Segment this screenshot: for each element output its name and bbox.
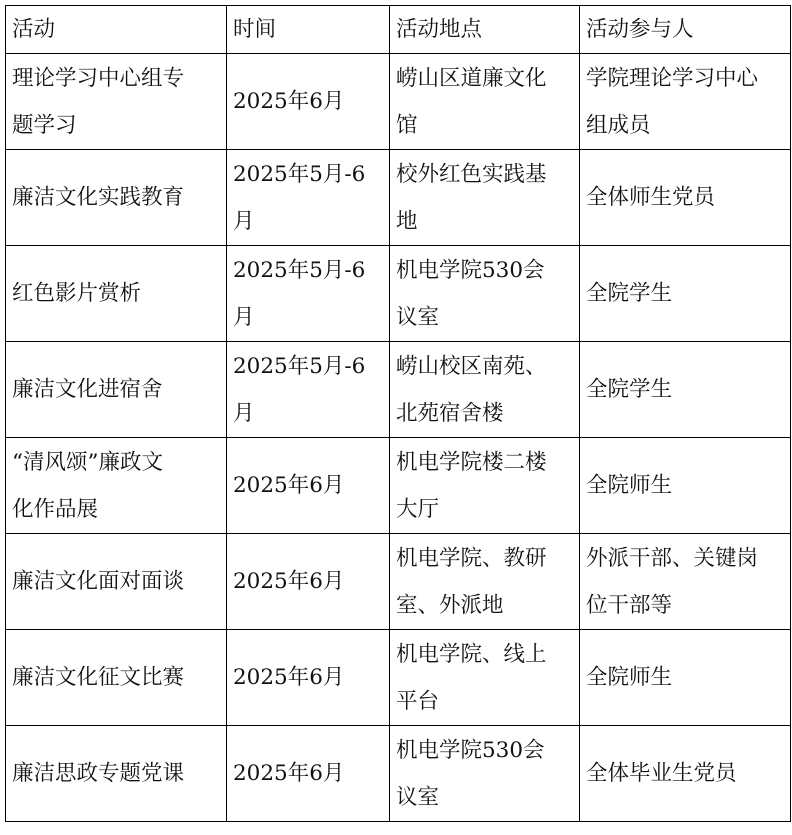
- cell-line: 2025年6月: [233, 558, 389, 605]
- location-cell: 机电学院、教研室、外派地: [390, 534, 580, 630]
- cell-line: 月: [233, 390, 389, 437]
- activity-cell: 廉洁文化面对面谈: [6, 534, 227, 630]
- cell-line: 北苑宿舍楼: [396, 390, 579, 437]
- cell-line: 全院师生: [586, 654, 790, 701]
- activity-cell: 廉洁思政专题党课: [6, 726, 227, 822]
- participants-cell: 全体毕业生党员: [580, 726, 791, 822]
- cell-line: 月: [233, 198, 389, 245]
- cell-line: 校外红色实践基: [396, 151, 579, 198]
- location-cell: 校外红色实践基地: [390, 150, 580, 246]
- cell-line: 月: [233, 294, 389, 341]
- time-cell: 2025年5月-6月: [227, 246, 390, 342]
- table-body: 活动 时间 活动地点 活动参与人 理论学习中心组专题学习2025年6月崂山区道廉…: [6, 6, 791, 822]
- participants-cell: 全院学生: [580, 342, 791, 438]
- location-cell: 机电学院楼二楼大厅: [390, 438, 580, 534]
- time-cell: 2025年6月: [227, 438, 390, 534]
- cell-line: 议室: [396, 774, 579, 821]
- time-cell: 2025年6月: [227, 726, 390, 822]
- header-participants: 活动参与人: [580, 6, 791, 54]
- cell-line: 机电学院530会: [396, 247, 579, 294]
- participants-cell: 外派干部、关键岗位干部等: [580, 534, 791, 630]
- activity-cell: 理论学习中心组专题学习: [6, 54, 227, 150]
- time-cell: 2025年6月: [227, 630, 390, 726]
- participants-cell: 学院理论学习中心组成员: [580, 54, 791, 150]
- table-row: 红色影片赏析2025年5月-6月机电学院530会议室全院学生: [6, 246, 791, 342]
- table-row: 理论学习中心组专题学习2025年6月崂山区道廉文化馆学院理论学习中心组成员: [6, 54, 791, 150]
- cell-line: 全院学生: [586, 366, 790, 413]
- location-cell: 崂山区道廉文化馆: [390, 54, 580, 150]
- time-cell: 2025年6月: [227, 54, 390, 150]
- header-activity: 活动: [6, 6, 227, 54]
- location-cell: 机电学院、线上平台: [390, 630, 580, 726]
- cell-line: 全院学生: [586, 270, 790, 317]
- participants-cell: 全院学生: [580, 246, 791, 342]
- cell-line: 2025年6月: [233, 654, 389, 701]
- activity-cell: “清风颂”廉政文化作品展: [6, 438, 227, 534]
- cell-line: 红色影片赏析: [12, 270, 226, 317]
- activity-cell: 廉洁文化进宿舍: [6, 342, 227, 438]
- cell-line: “清风颂”廉政文: [12, 439, 226, 486]
- table-row: 廉洁思政专题党课2025年6月机电学院530会议室全体毕业生党员: [6, 726, 791, 822]
- table-row: “清风颂”廉政文化作品展2025年6月机电学院楼二楼大厅全院师生: [6, 438, 791, 534]
- cell-line: 2025年6月: [233, 78, 389, 125]
- cell-line: 题学习: [12, 102, 226, 149]
- participants-cell: 全院师生: [580, 438, 791, 534]
- header-location: 活动地点: [390, 6, 580, 54]
- cell-line: 2025年6月: [233, 462, 389, 509]
- location-cell: 机电学院530会议室: [390, 246, 580, 342]
- cell-line: 室、外派地: [396, 582, 579, 629]
- time-cell: 2025年5月-6月: [227, 342, 390, 438]
- table-row: 廉洁文化征文比赛2025年6月机电学院、线上平台全院师生: [6, 630, 791, 726]
- cell-line: 全体毕业生党员: [586, 750, 790, 797]
- time-cell: 2025年5月-6月: [227, 150, 390, 246]
- cell-line: 理论学习中心组专: [12, 55, 226, 102]
- cell-line: 机电学院530会: [396, 727, 579, 774]
- cell-line: 全院师生: [586, 462, 790, 509]
- cell-line: 2025年5月-6: [233, 247, 389, 294]
- cell-line: 机电学院、教研: [396, 535, 579, 582]
- activity-cell: 廉洁文化征文比赛: [6, 630, 227, 726]
- cell-line: 外派干部、关键岗: [586, 535, 790, 582]
- cell-line: 廉洁文化进宿舍: [12, 366, 226, 413]
- location-cell: 机电学院530会议室: [390, 726, 580, 822]
- cell-line: 馆: [396, 102, 579, 149]
- cell-line: 廉洁文化征文比赛: [12, 654, 226, 701]
- cell-line: 崂山区道廉文化: [396, 55, 579, 102]
- cell-line: 大厅: [396, 486, 579, 533]
- cell-line: 廉洁思政专题党课: [12, 750, 226, 797]
- activity-cell: 廉洁文化实践教育: [6, 150, 227, 246]
- cell-line: 化作品展: [12, 486, 226, 533]
- cell-line: 2025年5月-6: [233, 151, 389, 198]
- header-row: 活动 时间 活动地点 活动参与人: [6, 6, 791, 54]
- header-time: 时间: [227, 6, 390, 54]
- cell-line: 位干部等: [586, 582, 790, 629]
- table-row: 廉洁文化进宿舍2025年5月-6月崂山校区南苑、北苑宿舍楼全院学生: [6, 342, 791, 438]
- location-cell: 崂山校区南苑、北苑宿舍楼: [390, 342, 580, 438]
- cell-line: 廉洁文化实践教育: [12, 174, 226, 221]
- activity-table: 活动 时间 活动地点 活动参与人 理论学习中心组专题学习2025年6月崂山区道廉…: [5, 5, 791, 822]
- cell-line: 地: [396, 198, 579, 245]
- cell-line: 学院理论学习中心: [586, 55, 790, 102]
- cell-line: 机电学院楼二楼: [396, 439, 579, 486]
- cell-line: 机电学院、线上: [396, 631, 579, 678]
- table-row: 廉洁文化实践教育2025年5月-6月校外红色实践基地全体师生党员: [6, 150, 791, 246]
- cell-line: 廉洁文化面对面谈: [12, 558, 226, 605]
- cell-line: 全体师生党员: [586, 174, 790, 221]
- activity-cell: 红色影片赏析: [6, 246, 227, 342]
- cell-line: 平台: [396, 678, 579, 725]
- time-cell: 2025年6月: [227, 534, 390, 630]
- cell-line: 2025年5月-6: [233, 343, 389, 390]
- cell-line: 崂山校区南苑、: [396, 343, 579, 390]
- participants-cell: 全体师生党员: [580, 150, 791, 246]
- cell-line: 组成员: [586, 102, 790, 149]
- table-row: 廉洁文化面对面谈2025年6月机电学院、教研室、外派地外派干部、关键岗位干部等: [6, 534, 791, 630]
- cell-line: 议室: [396, 294, 579, 341]
- cell-line: 2025年6月: [233, 750, 389, 797]
- participants-cell: 全院师生: [580, 630, 791, 726]
